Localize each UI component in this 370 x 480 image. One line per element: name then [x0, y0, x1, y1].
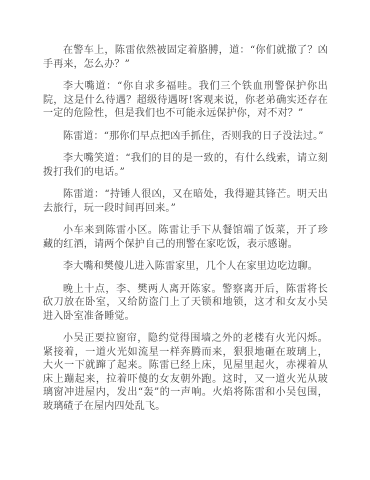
- paragraph-2: 李大嘴道：“你自求多福哇。我们三个铁血刑警保护你出院，这是什么待遇？超级待遇呀!…: [43, 80, 328, 121]
- paragraph-8: 晚上十点，李、樊两人离开陈家。警察离开后，陈雷将长砍刀放在卧室，又给防盗门上了天…: [43, 283, 328, 324]
- paragraph-4: 李大嘴笑道：“我们的目的是一致的，有什么线索，请立刻拨打我们的电话。”: [43, 152, 328, 179]
- paragraph-1: 在警车上，陈雷依然被固定着胳膊，道：“你们就撤了？凶手再来，怎么办？”: [43, 44, 328, 71]
- paragraph-9: 小吴正要拉窗帘，隐约觉得围墙之外的老楼有火光闪烁。紧接着，一道火光如流星一样奔腾…: [43, 332, 328, 413]
- ebook-page: 在警车上，陈雷依然被固定着胳膊，道：“你们就撤了？凶手再来，怎么办？” 李大嘴道…: [0, 0, 370, 480]
- paragraph-6: 小车来到陈雷小区。陈雷让手下从餐馆端了饭菜，开了珍藏的红酒，请两个保护自己的刑警…: [43, 224, 328, 251]
- paragraph-5: 陈雷道：“持锤人很凶，又在暗处，我得避其锋芒。明天出去旅行，玩一段时间再回来。”: [43, 188, 328, 215]
- paragraph-3: 陈雷道：“那你们早点把凶手抓住，否则我的日子没法过。”: [43, 130, 328, 144]
- paragraph-7: 李大嘴和樊傻儿进入陈雷家里，几个人在家里边吃边聊。: [43, 260, 328, 274]
